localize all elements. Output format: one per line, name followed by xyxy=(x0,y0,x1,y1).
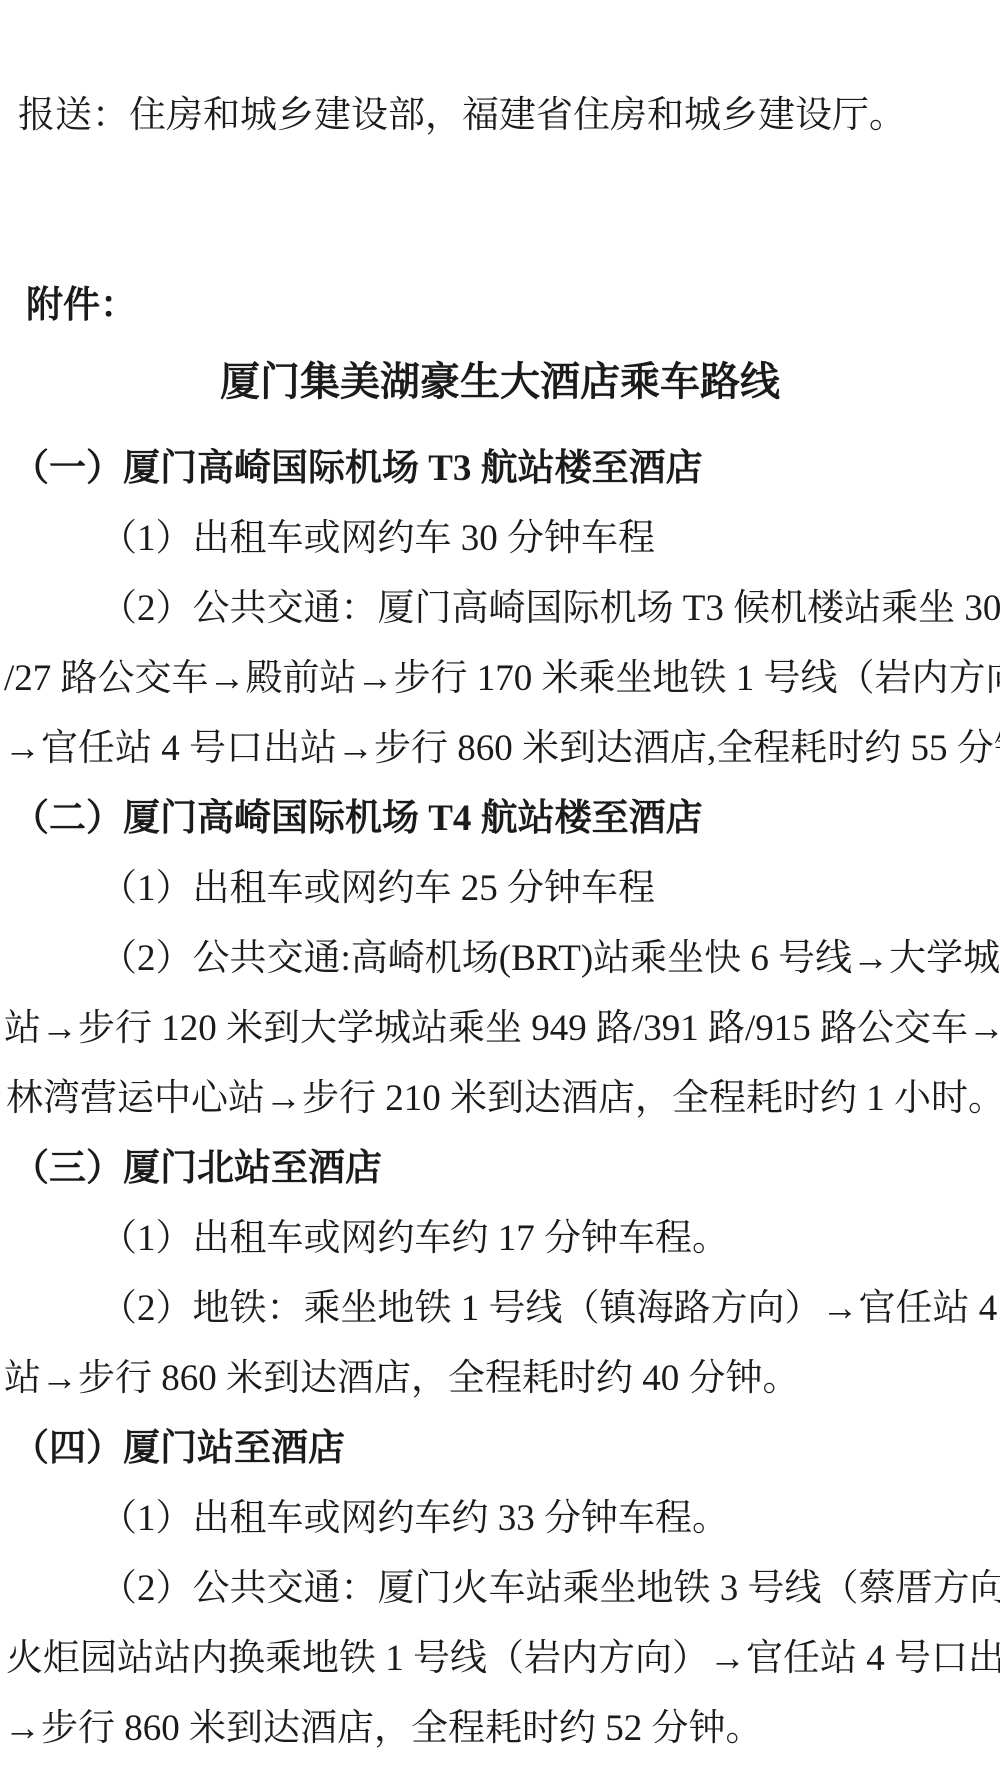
section-1-taxi-line: （1）出租车或网约车 30 分钟车程 xyxy=(100,516,655,562)
attachment-label: 附件： xyxy=(26,283,137,329)
section-1-transit-line-2: /27 路公交车→殿前站→步行 170 米乘坐地铁 1 号线（岩内方向） xyxy=(4,656,1000,702)
section-3-heading: （三）厦门北站至酒店 xyxy=(12,1146,382,1192)
section-4-transit-line-1: （2）公共交通：厦门火车站乘坐地铁 3 号线（蔡厝方向）→ xyxy=(100,1566,1000,1612)
section-1-transit-line-1: （2）公共交通：厦门高崎国际机场 T3 候机楼站乘坐 304 路 xyxy=(100,586,1000,632)
section-4-heading: （四）厦门站至酒店 xyxy=(12,1426,345,1472)
section-2-heading: （二）厦门高崎国际机场 T4 航站楼至酒店 xyxy=(12,796,703,842)
section-3-metro-line-2: 站→步行 860 米到达酒店，全程耗时约 40 分钟。 xyxy=(4,1356,800,1402)
section-2-taxi-line: （1）出租车或网约车 25 分钟车程 xyxy=(100,866,655,912)
section-2-transit-line-3: 林湾营运中心站→步行 210 米到达酒店，全程耗时约 1 小时。 xyxy=(6,1076,1000,1122)
section-3-metro-line-1: （2）地铁：乘坐地铁 1 号线（镇海路方向）→官任站 4 口出 xyxy=(100,1286,1000,1332)
section-2-transit-line-1: （2）公共交通:高崎机场(BRT)站乘坐快 6 号线→大学城(BRT) xyxy=(100,936,1000,982)
section-2-transit-line-2: 站→步行 120 米到大学城站乘坐 949 路/391 路/915 路公交车→杏 xyxy=(4,1006,1000,1052)
document-title: 厦门集美湖豪生大酒店乘车路线 xyxy=(0,359,1000,405)
document-page: 报送：住房和城乡建设部，福建省住房和城乡建设厅。 附件： 厦门集美湖豪生大酒店乘… xyxy=(0,0,1000,1787)
section-1-transit-line-3: →官任站 4 号口出站→步行 860 米到达酒店,全程耗时约 55 分钟。 xyxy=(4,726,1000,772)
section-3-taxi-line: （1）出租车或网约车约 17 分钟车程。 xyxy=(100,1216,729,1262)
section-4-transit-line-2: 火炬园站站内换乘地铁 1 号线（岩内方向）→官任站 4 号口出站 xyxy=(6,1636,1000,1682)
section-1-heading: （一）厦门高崎国际机场 T3 航站楼至酒店 xyxy=(12,446,703,492)
section-4-taxi-line: （1）出租车或网约车约 33 分钟车程。 xyxy=(100,1496,729,1542)
section-4-transit-line-3: →步行 860 米到达酒店，全程耗时约 52 分钟。 xyxy=(4,1706,763,1752)
header-note: 报送：住房和城乡建设部，福建省住房和城乡建设厅。 xyxy=(18,93,906,139)
